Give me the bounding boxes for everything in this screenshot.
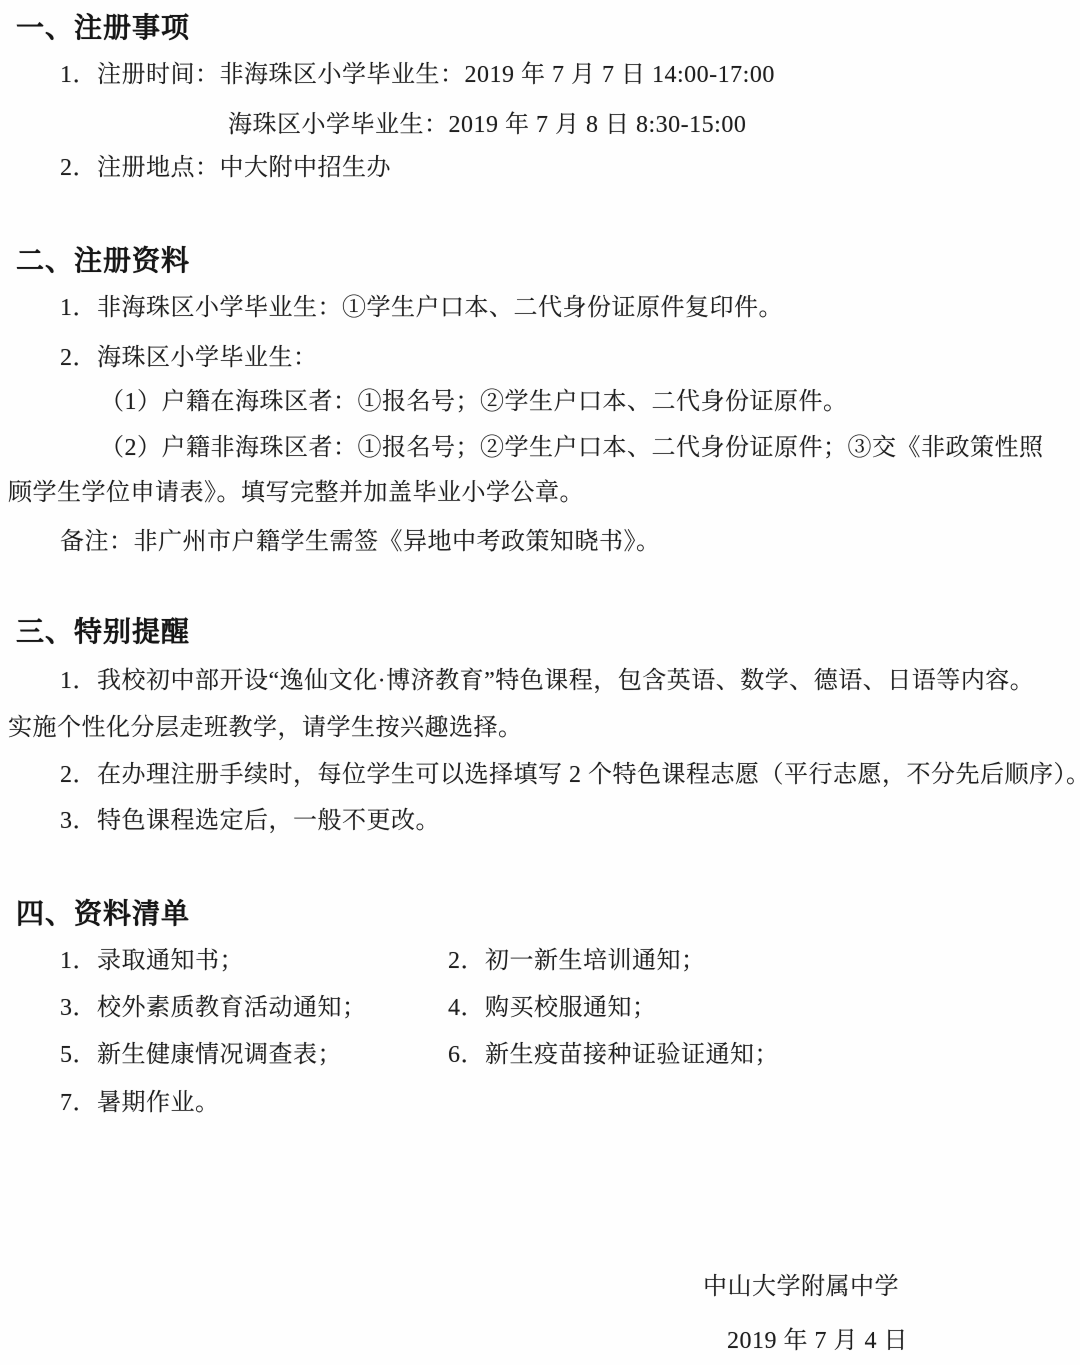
checklist-item-1: 1．录取通知书；: [60, 946, 244, 976]
section-3-item-3: 3．特色课程选定后，一般不更改。: [60, 806, 440, 836]
checklist-item-4: 4．购买校服通知；: [448, 993, 657, 1023]
checklist-item-3: 3．校外素质教育活动通知；: [60, 993, 367, 1023]
section-3-heading: 三、特别提醒: [16, 616, 190, 650]
section-2-item-2: 2．海珠区小学毕业生：: [60, 343, 318, 373]
section-4-heading: 四、资料清单: [16, 898, 190, 932]
section-1-item-registration-time-line2: 海珠区小学毕业生：2019 年 7 月 8 日 8:30-15:00: [228, 110, 746, 140]
checklist-item-5: 5．新生健康情况调查表；: [60, 1040, 342, 1070]
checklist-item-7: 7．暑期作业。: [60, 1088, 220, 1118]
section-2-remark: 备注：非广州市户籍学生需签《异地中考政策知晓书》。: [60, 527, 661, 557]
section-3-item-1-line1: 1．我校初中部开设“逸仙文化·博济教育”特色课程，包含英语、数学、德语、日语等内…: [60, 666, 1034, 696]
section-2-subitem-1: （1）户籍在海珠区者：①报名号；②学生户口本、二代身份证原件。: [100, 387, 848, 417]
section-2-subitem-2-line2: 顾学生学位申请表》。填写完整并加盖毕业小学公章。: [8, 478, 584, 508]
signature-school-name: 中山大学附属中学: [703, 1272, 899, 1302]
section-3-item-2: 2．在办理注册手续时，每位学生可以选择填写 2 个特色课程志愿（平行志愿，不分先…: [60, 760, 1080, 790]
signature-date: 2019 年 7 月 4 日: [727, 1326, 908, 1356]
checklist-item-6: 6．新生疫苗接种证验证通知；: [448, 1040, 779, 1070]
section-1-item-registration-time: 1．注册时间：非海珠区小学毕业生：2019 年 7 月 7 日 14:00-17…: [60, 60, 775, 90]
checklist-item-2: 2．初一新生培训通知；: [448, 946, 706, 976]
section-2-heading: 二、注册资料: [16, 245, 190, 279]
section-1-item-registration-place: 2．注册地点：中大附中招生办: [60, 153, 391, 183]
document-page: 一、注册事项 1．注册时间：非海珠区小学毕业生：2019 年 7 月 7 日 1…: [0, 0, 1080, 1365]
section-2-item-1: 1．非海珠区小学毕业生：①学生户口本、二代身份证原件复印件。: [60, 293, 783, 323]
section-2-subitem-2-line1: （2）户籍非海珠区者：①报名号；②学生户口本、二代身份证原件；③交《非政策性照: [100, 433, 1044, 463]
section-1-heading: 一、注册事项: [16, 12, 190, 46]
section-3-item-1-line2: 实施个性化分层走班教学，请学生按兴趣选择。: [8, 713, 523, 743]
